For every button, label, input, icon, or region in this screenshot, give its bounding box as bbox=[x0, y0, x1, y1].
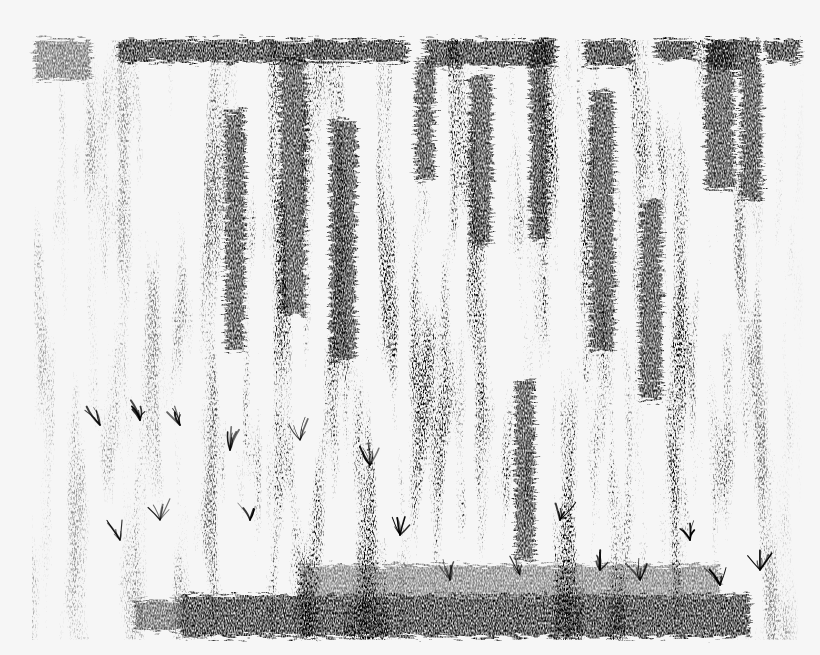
grunge-texture-image bbox=[0, 0, 820, 655]
grunge-texture bbox=[0, 0, 820, 655]
